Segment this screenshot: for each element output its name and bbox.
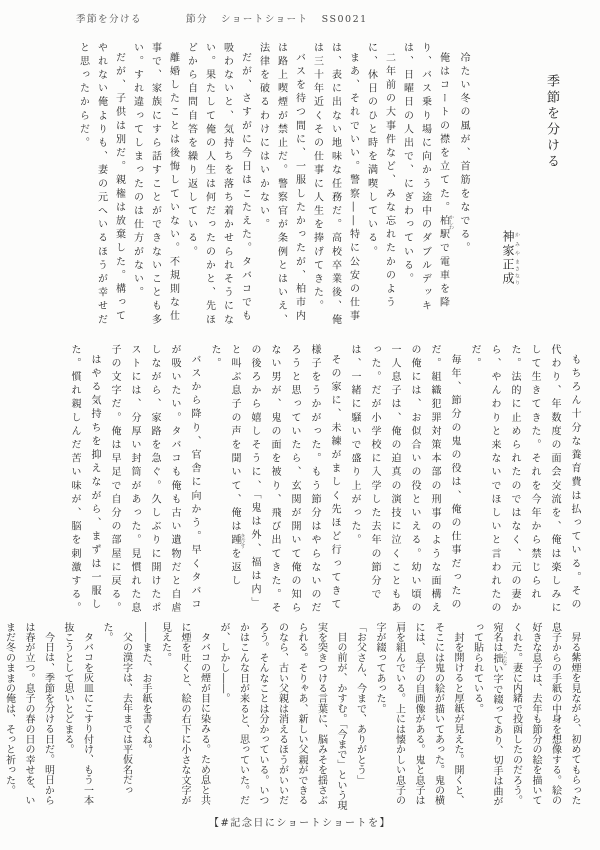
text-band-middle: もちろん十分な養育費は払っている。その代わり、年数度の面会交流を、俺は楽しみにし… [38, 344, 584, 616]
paragraph: 今日は、季節を分ける日だ。明日からは春が立つ。息子の春の日の幸せを、いまだ冬のま… [0, 622, 58, 814]
paragraph: 二年前の大事件など、みな忘れたかのように、休日のひと時を満喫している。 [362, 42, 398, 334]
story-title: 季節を分ける [540, 42, 562, 334]
paragraph: だが、さすがに今日はこたえた。タバコでも吸わないと、気持ちを落ち着かせられそうに… [182, 42, 254, 334]
paragraph: 離婚したことは後悔していない。不規則な仕事で、家族にすら話すことができないことも… [128, 42, 182, 334]
paragraph: 封を開けると厚紙が見えた。開くと、そこには鬼の絵が描いてあった。鬼の横には、息子… [370, 622, 468, 814]
running-head-theme: 節分 [186, 14, 208, 25]
paragraph: バスから降り、官舎に向かう。早くタバコが吸いたい。タバコも俺も古い遺物だと自虐し… [104, 344, 204, 616]
paragraph: もちろん十分な養育費は払っている。その代わり、年数度の面会交流を、俺は楽しみにし… [464, 344, 584, 616]
paragraph: まあ、それでいい。警察――特に公安の仕事は、表に出ない地味な任務だ。高校卒業後、… [308, 42, 362, 334]
paragraph: その家に、未練がましく先ほど行ってきて様子をうかがった。もう節分はやらないのだろ… [204, 344, 344, 616]
paragraph: 目の前が、かすむ。「今まで」という現実を突きつける言葉に、脳みそを揺さぶられる。… [214, 622, 351, 814]
manuscript-page: 季節を分ける節分ショートショートSS0021 季節を分ける 神家かみや正成まさな… [0, 0, 600, 850]
running-head: 季節を分ける節分ショートショートSS0021 [76, 11, 368, 25]
paragraph: はやる気持ちを抑えながら、まずは一服した。慣れ親しんだ苦い味が、脳を刺激する。 [64, 344, 104, 616]
paragraph: だが、子供は別だ。親権は放棄した。構ってやれない俺よりも、妻の元へいるほうが幸せ… [74, 42, 128, 334]
paragraph: 毎年、節分の鬼の役は、俺の仕事だったのだ。組織犯罪対策本部の刑事のような面構えの… [344, 344, 464, 616]
running-head-genre: ショートショート [221, 14, 309, 25]
text-band-top: 季節を分ける 神家かみや正成まさなり 冷たい冬の風が、首筋をなでる。俺はコートの… [30, 42, 562, 334]
paragraph: タバコを灰皿にこすり付け、もう一本抜こうとして思いとどまる。 [58, 622, 97, 814]
running-head-title: 季節を分ける [76, 14, 142, 25]
paragraph: 俺はコートの襟を立てた。柏かしわ駅で電車を降り、バス乗り場に向かう途中のダブルデ… [398, 42, 455, 334]
story-text-opening: 冷たい冬の風が、首筋をなでる。俺はコートの襟を立てた。柏かしわ駅で電車を降り、バ… [74, 42, 473, 334]
text-band-bottom: 昇る紫煙を見ながら、初めてもらった息子からの手紙の中身を想像する。絵の好きな息子… [38, 622, 584, 814]
running-head-code: SS0021 [322, 14, 368, 25]
paragraph: 「お父さん、今まで、ありがとう」 [350, 622, 370, 814]
paragraph: 昇る紫煙を見ながら、初めてもらった息子からの手紙の中身を想像する。絵の好きな息子… [467, 622, 584, 814]
paragraph: バスを待つ間に、一服したかったが、柏市内は路上喫煙が禁止だ。警察官が条例とはいえ… [254, 42, 308, 334]
paragraph: ――また、お手紙を書くね。 [136, 622, 156, 814]
paragraph: 冷たい冬の風が、首筋をなでる。 [454, 42, 472, 334]
author-name: 神家かみや正成まさなり [498, 42, 520, 334]
paragraph: タバコの煙が目に染みる。ため息と共に煙を吐くと、絵の右下に小さな文字が見えた。 [155, 622, 214, 814]
paragraph: 父の漢字は、去年までは平仮名だった。 [97, 622, 136, 814]
footer-hashtag: 【#記念日にショートショートを】 [0, 814, 600, 829]
